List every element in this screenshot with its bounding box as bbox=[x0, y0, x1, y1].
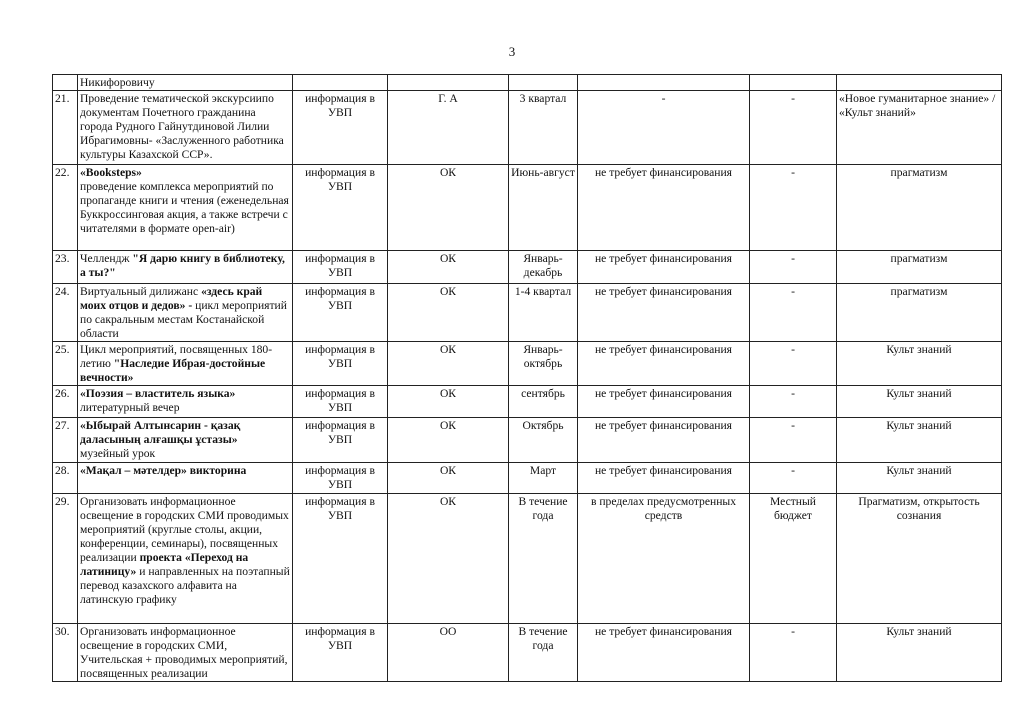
value-orientation: Культ знаний bbox=[837, 624, 1002, 682]
deadline: Январь-декабрь bbox=[509, 251, 578, 284]
financing: в пределах предусмотренных средств bbox=[578, 494, 750, 624]
deadline bbox=[509, 75, 578, 91]
event-description: Организовать информационное освещение в … bbox=[78, 624, 293, 682]
description-fragment: литературный вечер bbox=[80, 401, 180, 414]
row-number: 21. bbox=[53, 91, 78, 165]
financing: не требует финансирования bbox=[578, 342, 750, 386]
funding-source: - bbox=[750, 418, 837, 463]
value-orientation: Культ знаний bbox=[837, 386, 1002, 418]
responsible: ОК bbox=[388, 165, 509, 251]
description-fragment: Проведение тематической экскурсиипо доку… bbox=[80, 92, 284, 161]
row-number: 25. bbox=[53, 342, 78, 386]
funding-source: - bbox=[750, 165, 837, 251]
funding-source: - bbox=[750, 386, 837, 418]
event-description: Виртуальный дилижанс «здесь край моих от… bbox=[78, 284, 293, 342]
funding-source: Местный бюджет bbox=[750, 494, 837, 624]
row-number: 30. bbox=[53, 624, 78, 682]
table-row: 29.Организовать информационное освещение… bbox=[53, 494, 1002, 624]
deadline: Март bbox=[509, 463, 578, 494]
table-row: 27.«Ыбырай Алтынсарин - қазақ даласының … bbox=[53, 418, 1002, 463]
completion-form: информация в УВП bbox=[293, 165, 388, 251]
event-description: Проведение тематической экскурсиипо доку… bbox=[78, 91, 293, 165]
table-row: 24.Виртуальный дилижанс «здесь край моих… bbox=[53, 284, 1002, 342]
funding-source bbox=[750, 75, 837, 91]
value-orientation: прагматизм bbox=[837, 284, 1002, 342]
event-description: «Поэзия – властитель языка»литературный … bbox=[78, 386, 293, 418]
value-orientation: Культ знаний bbox=[837, 342, 1002, 386]
description-fragment: «Ыбырай Алтынсарин - қазақ даласының алғ… bbox=[80, 419, 240, 446]
row-number: 29. bbox=[53, 494, 78, 624]
completion-form: информация в УВП bbox=[293, 386, 388, 418]
description-fragment: «Поэзия – властитель языка» bbox=[80, 387, 235, 400]
funding-source: - bbox=[750, 342, 837, 386]
deadline: В течение года bbox=[509, 624, 578, 682]
row-number: 27. bbox=[53, 418, 78, 463]
financing: не требует финансирования bbox=[578, 624, 750, 682]
table-row: 28.«Мақал – мәтелдер» викторинаинформаци… bbox=[53, 463, 1002, 494]
description-fragment: проведение комплекса мероприятий по проп… bbox=[80, 180, 289, 235]
table-row: Никифоровичу bbox=[53, 75, 1002, 91]
event-description: Никифоровичу bbox=[78, 75, 293, 91]
financing: не требует финансирования bbox=[578, 386, 750, 418]
description-fragment: Челлендж bbox=[80, 252, 132, 265]
completion-form: информация в УВП bbox=[293, 463, 388, 494]
completion-form: информация в УВП bbox=[293, 284, 388, 342]
completion-form: информация в УВП bbox=[293, 251, 388, 284]
row-number: 22. bbox=[53, 165, 78, 251]
responsible bbox=[388, 75, 509, 91]
row-number: 28. bbox=[53, 463, 78, 494]
description-fragment: «Мақал – мәтелдер» викторина bbox=[80, 464, 246, 477]
event-description: «Мақал – мәтелдер» викторина bbox=[78, 463, 293, 494]
responsible: ОК bbox=[388, 342, 509, 386]
row-number bbox=[53, 75, 78, 91]
table-row: 23.Челлендж "Я дарю книгу в библиотеку, … bbox=[53, 251, 1002, 284]
table-row: 25.Цикл мероприятий, посвященных 180-лет… bbox=[53, 342, 1002, 386]
row-number: 26. bbox=[53, 386, 78, 418]
completion-form bbox=[293, 75, 388, 91]
description-fragment: Виртуальный дилижанс bbox=[80, 285, 201, 298]
deadline: Июнь-август bbox=[509, 165, 578, 251]
responsible: ОК bbox=[388, 284, 509, 342]
responsible: Г. А bbox=[388, 91, 509, 165]
responsible: ОК bbox=[388, 463, 509, 494]
completion-form: информация в УВП bbox=[293, 342, 388, 386]
deadline: Октябрь bbox=[509, 418, 578, 463]
deadline: 1-4 квартал bbox=[509, 284, 578, 342]
completion-form: информация в УВП bbox=[293, 418, 388, 463]
funding-source: - bbox=[750, 284, 837, 342]
table-row: 26. «Поэзия – властитель языка»литератур… bbox=[53, 386, 1002, 418]
completion-form: информация в УВП bbox=[293, 624, 388, 682]
financing: не требует финансирования bbox=[578, 418, 750, 463]
page-number: 3 bbox=[0, 44, 1024, 60]
event-description: Организовать информационное освещение в … bbox=[78, 494, 293, 624]
funding-source: - bbox=[750, 251, 837, 284]
table-row: 21.Проведение тематической экскурсиипо д… bbox=[53, 91, 1002, 165]
funding-source: - bbox=[750, 91, 837, 165]
table-row: 30.Организовать информационное освещение… bbox=[53, 624, 1002, 682]
value-orientation: Прагматизм, открытость сознания bbox=[837, 494, 1002, 624]
description-fragment: «Booksteps» bbox=[80, 166, 142, 179]
responsible: ОО bbox=[388, 624, 509, 682]
funding-source: - bbox=[750, 463, 837, 494]
value-orientation: Культ знаний bbox=[837, 418, 1002, 463]
completion-form: информация в УВП bbox=[293, 494, 388, 624]
deadline: В течение года bbox=[509, 494, 578, 624]
event-description: Челлендж "Я дарю книгу в библиотеку, а т… bbox=[78, 251, 293, 284]
financing: не требует финансирования bbox=[578, 284, 750, 342]
event-description: «Booksteps»проведение комплекса мероприя… bbox=[78, 165, 293, 251]
responsible: ОК bbox=[388, 251, 509, 284]
responsible: ОК bbox=[388, 418, 509, 463]
financing bbox=[578, 75, 750, 91]
value-orientation: прагматизм bbox=[837, 251, 1002, 284]
deadline: Январь-октябрь bbox=[509, 342, 578, 386]
description-fragment: музейный урок bbox=[80, 447, 155, 460]
description-fragment: Организовать информационное освещение в … bbox=[80, 625, 288, 680]
table-row: 22.«Booksteps»проведение комплекса мероп… bbox=[53, 165, 1002, 251]
value-orientation: прагматизм bbox=[837, 165, 1002, 251]
events-plan-table: Никифоровичу21.Проведение тематической э… bbox=[52, 74, 1002, 682]
financing: не требует финансирования bbox=[578, 463, 750, 494]
funding-source: - bbox=[750, 624, 837, 682]
responsible: ОК bbox=[388, 494, 509, 624]
deadline: 3 квартал bbox=[509, 91, 578, 165]
row-number: 24. bbox=[53, 284, 78, 342]
value-orientation: Культ знаний bbox=[837, 463, 1002, 494]
row-number: 23. bbox=[53, 251, 78, 284]
financing: не требует финансирования bbox=[578, 165, 750, 251]
event-description: «Ыбырай Алтынсарин - қазақ даласының алғ… bbox=[78, 418, 293, 463]
financing: - bbox=[578, 91, 750, 165]
value-orientation: «Новое гуманитарное знание» / «Культ зна… bbox=[837, 91, 1002, 165]
value-orientation bbox=[837, 75, 1002, 91]
event-description: Цикл мероприятий, посвященных 180-летию … bbox=[78, 342, 293, 386]
deadline: сентябрь bbox=[509, 386, 578, 418]
financing: не требует финансирования bbox=[578, 251, 750, 284]
responsible: ОК bbox=[388, 386, 509, 418]
completion-form: информация в УВП bbox=[293, 91, 388, 165]
description-fragment: Никифоровичу bbox=[80, 76, 155, 89]
